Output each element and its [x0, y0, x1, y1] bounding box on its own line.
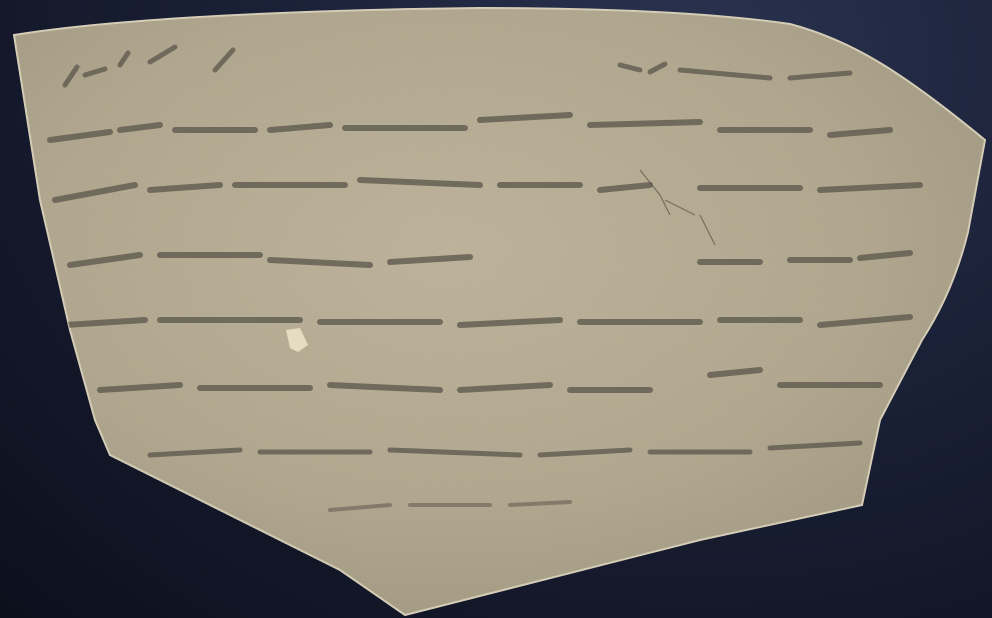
sherd	[0, 0, 992, 618]
ostracon-illustration	[0, 0, 992, 618]
photo-scene: Ostracon with eight lines of ink inscrip…	[0, 0, 992, 618]
